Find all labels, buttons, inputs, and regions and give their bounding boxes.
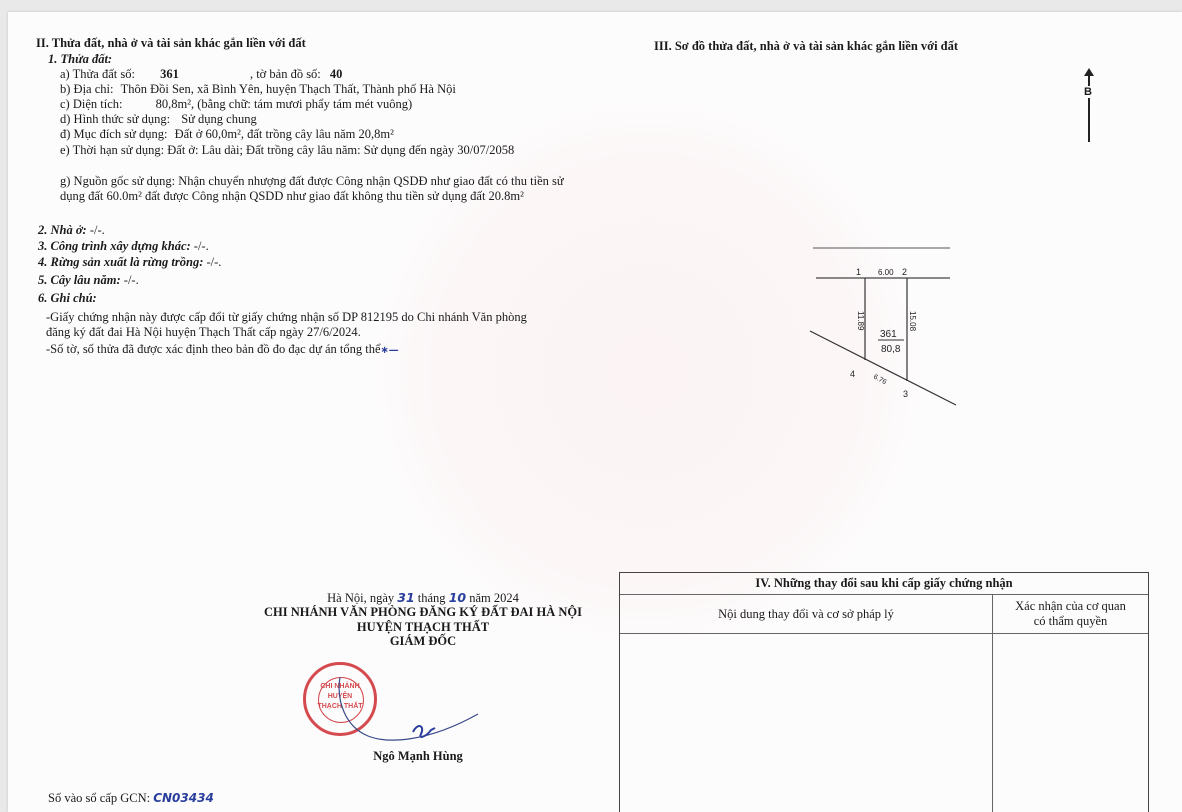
section-3-title: III. Sơ đồ thửa đất, nhà ở và tài sản kh… [654, 39, 958, 54]
item-6-label: 6. Ghi chú: [38, 291, 97, 306]
item-5-value: -/-. [124, 273, 139, 287]
note-1: -Giấy chứng nhận này được cấp đổi từ giấ… [46, 310, 546, 340]
vertex-2-label: 2 [902, 267, 907, 277]
item-5-row: 5. Cây lâu năm: -/-. [38, 273, 139, 288]
north-line [1088, 72, 1090, 142]
purpose-value: Đất ở 60,0m², đất trồng cây lâu năm 20,8… [175, 127, 394, 141]
section-2-title: II. Thửa đất, nhà ở và tài sản khác gắn … [36, 36, 306, 51]
column-header-change-content: Nội dung thay đổi và cơ sở pháp lý [620, 595, 993, 633]
table-body [620, 634, 1148, 812]
item-4-value: -/-. [207, 255, 222, 269]
item-2-label: 2. Nhà ở: [38, 223, 87, 237]
vertex-3-label: 3 [903, 389, 908, 399]
section-4-title: IV. Những thay đổi sau khi cấp giấy chứn… [620, 573, 1148, 595]
column-header-authority-confirmation: Xác nhận của cơ quan có thẩm quyền [993, 595, 1148, 633]
parcel-diagram: 1 2 3 4 6.00 11.89 15.08 6.76 361 80,8 [798, 237, 978, 417]
signer-position: GIÁM ĐỐC [198, 634, 648, 649]
register-number-label: Số vào sổ cấp GCN: [48, 791, 150, 805]
map-sheet-number: 40 [330, 67, 343, 81]
edge-bottom-length: 6.76 [872, 374, 887, 387]
signer-name: Ngô Mạnh Hùng [318, 749, 518, 764]
area-value: 80,8m², (bằng chữ: tám mươi phẩy tám mét… [156, 97, 413, 111]
address-value: Thôn Đồi Sen, xã Bình Yên, huyện Thạch T… [121, 82, 456, 96]
register-number-handwritten: CN03434 [153, 791, 214, 805]
change-content-cell [620, 634, 993, 812]
authority-confirmation-cell [993, 634, 1148, 812]
item-2-value: -/-. [90, 223, 105, 237]
address-label: b) Địa chỉ: [60, 82, 113, 96]
item-1-title: 1. Thửa đất: [48, 52, 112, 67]
item-3-row: 3. Công trình xây dựng khác: -/-. [38, 239, 209, 254]
address-row: b) Địa chỉ: Thôn Đồi Sen, xã Bình Yên, h… [60, 82, 456, 97]
month-handwritten: 10 [449, 590, 466, 605]
edge-left-length: 11.89 [856, 311, 865, 331]
area-row: c) Diện tích: 80,8m², (bằng chữ: tám mươ… [60, 97, 412, 112]
register-number-row: Số vào sổ cấp GCN: CN03434 [48, 791, 214, 806]
purpose-row: đ) Mục đích sử dụng: Đất ở 60,0m², đất t… [60, 127, 394, 142]
parcel-number-label: 361 [880, 329, 897, 340]
certificate-page: II. Thửa đất, nhà ở và tài sản khác gắn … [8, 12, 1182, 812]
use-form-value: Sử dụng chung [181, 112, 257, 126]
parcel-number-label: a) Thửa đất số: [60, 67, 135, 81]
vertex-1-label: 1 [856, 267, 861, 277]
term-label: e) Thời hạn sử dụng: [60, 143, 164, 157]
item-2-row: 2. Nhà ở: -/-. [38, 223, 105, 238]
origin-label: g) Nguồn gốc sử dụng: [60, 174, 175, 188]
changes-table: IV. Những thay đổi sau khi cấp giấy chứn… [619, 572, 1149, 812]
origin-row: g) Nguồn gốc sử dụng: Nhận chuyển nhượng… [60, 174, 568, 204]
issuing-org-line-2: HUYỆN THẠCH THẤT [198, 620, 648, 635]
vertex-4-label: 4 [850, 369, 855, 379]
item-4-row: 4. Rừng sản xuất là rừng trồng: -/-. [38, 255, 221, 270]
item-5-label: 5. Cây lâu năm: [38, 273, 121, 287]
item-3-value: -/-. [194, 239, 209, 253]
day-handwritten: 31 [397, 590, 414, 605]
initials-mark: ∗— [381, 345, 399, 356]
map-sheet-label: , tờ bản đồ số: [250, 67, 321, 81]
edge-top-length: 6.00 [878, 268, 894, 277]
parcel-number-row: a) Thửa đất số: 361 , tờ bản đồ số: 40 [60, 67, 342, 82]
item-3-label: 3. Công trình xây dựng khác: [38, 239, 191, 253]
signature-scribble [328, 672, 498, 752]
term-value: Đất ở: Lâu dài; Đất trồng cây lâu năm: S… [167, 143, 514, 157]
parcel-area-label: 80,8 [881, 344, 901, 355]
edge-right-length: 15.08 [908, 311, 917, 332]
use-form-label: d) Hình thức sử dụng: [60, 112, 170, 126]
item-4-label: 4. Rừng sản xuất là rừng trồng: [38, 255, 203, 269]
use-form-row: d) Hình thức sử dụng: Sử dụng chung [60, 112, 257, 127]
term-row: e) Thời hạn sử dụng: Đất ở: Lâu dài; Đất… [60, 143, 530, 158]
table-header-row: Nội dung thay đổi và cơ sở pháp lý Xác n… [620, 595, 1148, 634]
note-2: -Số tờ, số thửa đã được xác định theo bả… [46, 342, 399, 358]
purpose-label: đ) Mục đích sử dụng: [60, 127, 167, 141]
area-label: c) Diện tích: [60, 97, 122, 111]
parcel-number: 361 [160, 67, 179, 81]
place-date: Hà Nội, ngày 31 tháng 10 năm 2024 [218, 590, 628, 606]
issuing-org-line-1: CHI NHÁNH VĂN PHÒNG ĐĂNG KÝ ĐẤT ĐAI HÀ N… [198, 605, 648, 620]
north-label: B [1084, 86, 1092, 98]
